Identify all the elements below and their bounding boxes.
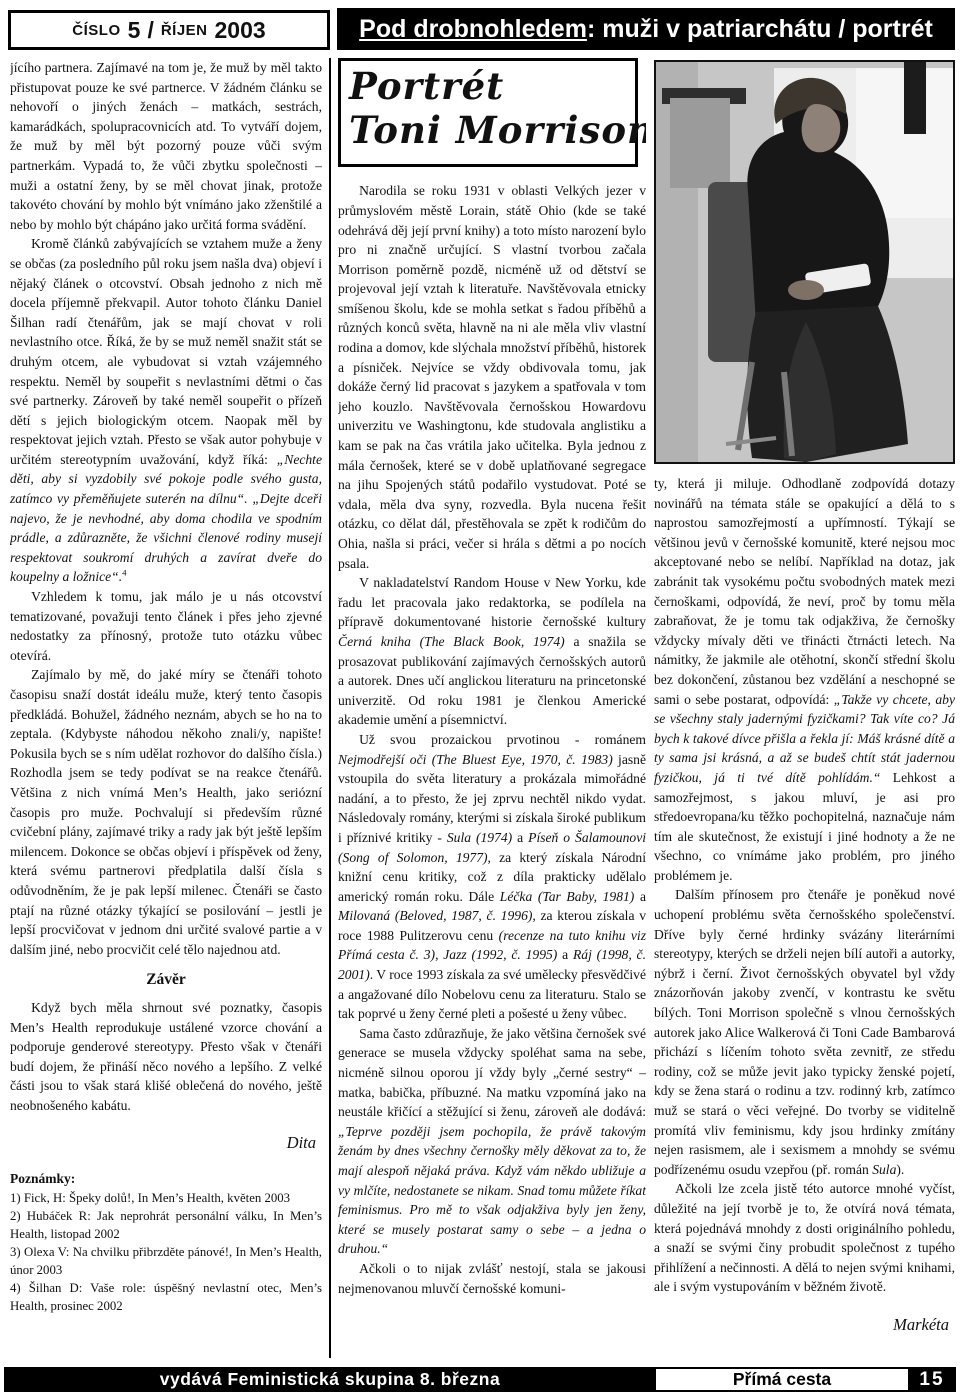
body-text: jícího partnera. Zajímavé na tom je, že …: [10, 60, 322, 232]
quote-text: Černá kniha (The Black Book, 1974): [338, 634, 565, 649]
footnote: 2) Hubáček R: Jak neprohrát personální v…: [10, 1207, 322, 1243]
section-heading-zaver: Závěr: [10, 970, 322, 990]
footer-page-number: 15: [908, 1369, 956, 1391]
body-text: Sama často zdůrazňuje, že jako většina č…: [338, 1026, 646, 1119]
paragraph: Kromě článků zabývajících se vztahem muž…: [10, 234, 322, 587]
footnote: 4) Šilhan D: Vaše role: úspěšný nevlastn…: [10, 1279, 322, 1315]
author-byline-marketa: Markéta: [654, 1315, 949, 1335]
portrait-title-line1: Portrét: [349, 65, 627, 109]
paragraph: Narodila se roku 1931 v oblasti Velkých …: [338, 181, 646, 573]
paragraph: Dalším přínosem pro čtenáře je poněkud n…: [654, 885, 955, 1179]
section-title-underlined: Pod drobnohledem: [359, 15, 587, 44]
body-text: 4: [122, 568, 126, 578]
column-divider-rule: [329, 58, 331, 1358]
article-column-middle: Portrét Toni Morrison Narodila se roku 1…: [338, 58, 646, 1362]
body-text: Zajímalo by mě, do jaké míry se čtenáři …: [10, 667, 322, 956]
body-text: Když bych měla shrnout své poznatky, čas…: [10, 1000, 322, 1113]
issue-date-box: ČÍSLO 5 / ŘÍJEN 2003: [8, 10, 330, 50]
footer-publisher: vydává Feministická skupina 8. března: [4, 1369, 656, 1390]
paragraph: Sama často zdůrazňuje, že jako většina č…: [338, 1024, 646, 1259]
article-column-right: ty, která ji miluje. Odhodlaně zodpovídá…: [654, 58, 955, 1362]
body-text: V nakladatelství Random House v New York…: [338, 575, 646, 629]
paragraph: V nakladatelství Random House v New York…: [338, 573, 646, 730]
footer-magazine-title: Přímá cesta: [656, 1369, 908, 1390]
quote-text: „Teprve později jsem pochopila, že právě…: [338, 1124, 646, 1257]
body-text: Už svou prozaickou prvotinou - románem: [359, 732, 646, 747]
paragraph: Ačkoli lze zcela jistě této autorce mnoh…: [654, 1179, 955, 1297]
footnote: 3) Olexa V: Na chvilku přibrzděte pánové…: [10, 1243, 322, 1279]
portrait-title-line2: Toni Morrison: [349, 109, 627, 153]
issue-separator: /: [147, 17, 153, 44]
paragraph: jícího partnera. Zajímavé na tom je, že …: [10, 58, 322, 234]
footnotes-heading: Poznámky:: [10, 1169, 322, 1189]
body-text: a: [512, 830, 528, 845]
quote-text: Léčka (Tar Baby, 1981): [500, 889, 635, 904]
paragraph: Vzhledem k tomu, jak málo je u nás otcov…: [10, 587, 322, 665]
body-text: . V roce 1993 získala za své umělecky př…: [338, 967, 646, 1021]
author-byline-dita: Dita: [10, 1133, 316, 1153]
issue-label: ČÍSLO: [72, 22, 120, 39]
toni-morrison-photo: [654, 60, 955, 464]
quote-text: „Nechte děti, aby si vyzdobily své pokoj…: [10, 452, 322, 585]
body-text: Narodila se roku 1931 v oblasti Velkých …: [338, 183, 646, 570]
body-text: Dalším přínosem pro čtenáře je poněkud n…: [654, 887, 955, 1176]
paragraph: Když bych měla shrnout své poznatky, čas…: [10, 998, 322, 1116]
body-text: Vzhledem k tomu, jak málo je u nás otcov…: [10, 589, 322, 663]
quote-text: Nejmodřejší oči (The Bluest Eye, 1970, č…: [338, 752, 613, 767]
magazine-page: { "header": { "issue_label_caps_1": "ČÍS…: [0, 0, 960, 1396]
body-text: Ačkoli lze zcela jistě této autorce mnoh…: [654, 1181, 955, 1294]
body-text: Ačkoli o to nijak zvlášť nestojí, stala …: [338, 1261, 646, 1296]
paragraph: ty, která ji miluje. Odhodlaně zodpovídá…: [654, 474, 955, 885]
quote-text: Jazz (1992, č. 1995): [443, 947, 557, 962]
paragraph: Zajímalo by mě, do jaké míry se čtenáři …: [10, 665, 322, 959]
paragraph: Ačkoli o to nijak zvlášť nestojí, stala …: [338, 1259, 646, 1298]
quote-text: Sula (1974): [447, 830, 512, 845]
issue-month: ŘÍJEN: [161, 22, 208, 39]
body-text: Kromě článků zabývajících se vztahem muž…: [10, 236, 322, 467]
portrait-title-box: Portrét Toni Morrison: [338, 58, 638, 167]
body-text: Lehkost a samozřejmost, s jakou mluví, j…: [654, 770, 955, 883]
section-title-bar: Pod drobnohledem: muži v patriarchátu / …: [337, 8, 955, 50]
body-text: ).: [896, 1162, 904, 1177]
footer-bar: vydává Feministická skupina 8. března Př…: [4, 1367, 956, 1392]
body-text: a: [634, 889, 646, 904]
article-column-left: jícího partnera. Zajímavé na tom je, že …: [10, 58, 322, 1362]
issue-year: 2003: [215, 17, 266, 44]
issue-number: 5: [128, 17, 141, 44]
body-text: ty, která ji miluje. Odhodlaně zodpovídá…: [654, 476, 955, 707]
section-title-rest: : muži v patriarchátu / portrét: [587, 15, 933, 44]
quote-text: Sula: [872, 1162, 896, 1177]
quote-text: Milovaná (Beloved, 1987, č. 1996): [338, 908, 532, 923]
toni-morrison-photo-graphic: [656, 62, 953, 462]
body-text: a: [557, 947, 573, 962]
footnote: 1) Fick, H: Špeky dolů!, In Men’s Health…: [10, 1189, 322, 1207]
paragraph: Už svou prozaickou prvotinou - románem N…: [338, 730, 646, 1024]
